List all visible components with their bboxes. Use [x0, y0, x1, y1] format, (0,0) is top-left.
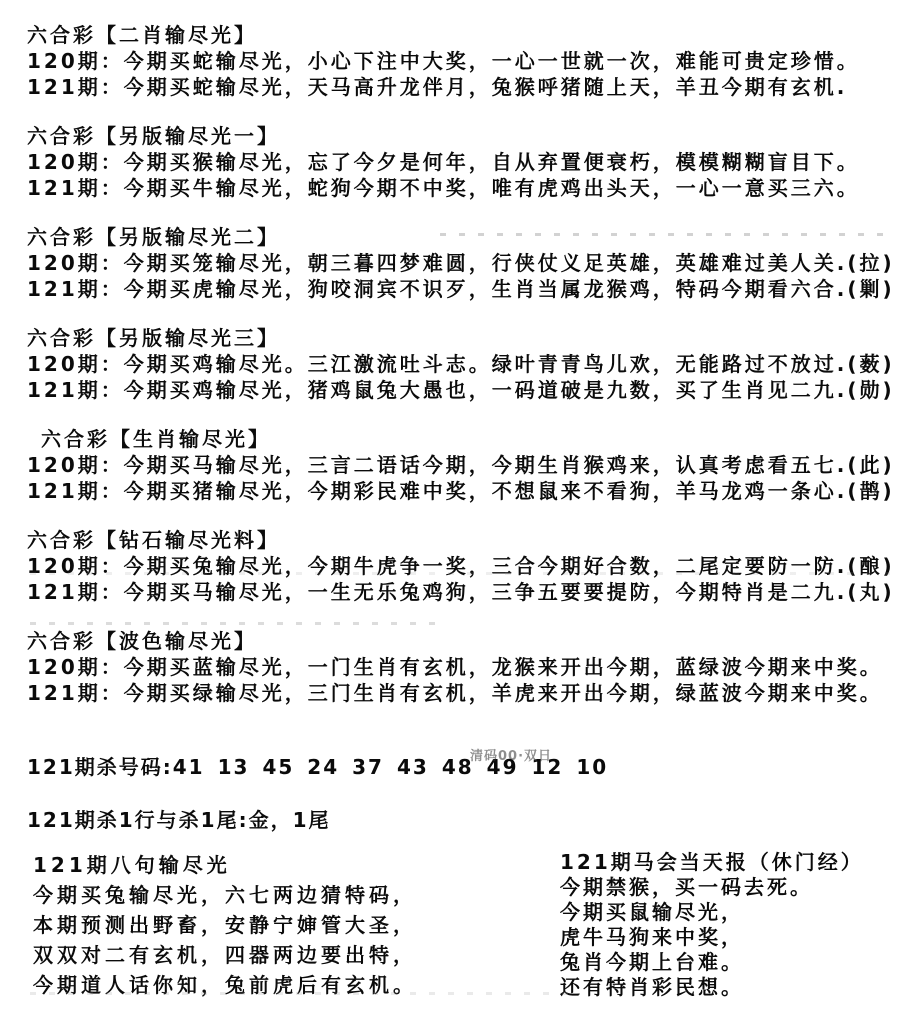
section-two-zodiac: 六合彩【二肖输尽光】 120期：今期买蛇输尽光，小心下注中大奖，一心一世就一次，… [27, 22, 894, 100]
daily-report-line: 虎牛马狗来中奖， [560, 925, 864, 950]
daily-report-line: 还有特肖彩民想。 [560, 975, 864, 1000]
eight-verse-title: 121期八句输尽光 [33, 850, 520, 880]
daily-report-title: 121期马会当天报（休门经） [560, 850, 864, 875]
kill-numbers-label: 121期杀号码: [27, 755, 173, 779]
scan-artifact [440, 233, 885, 236]
issue-120-line: 120期：今期买猴输尽光，忘了今夕是何年，自从弃置便衰朽，模模糊糊盲目下。 [27, 149, 894, 175]
issue-120-line: 120期：今期买笼输尽光，朝三暮四梦难圆，行侠仗义足英雄，英雄难过美人关.(拉) [27, 250, 894, 276]
scan-artifact [30, 992, 570, 995]
eight-verse-line: 本期预测出野畜，安静宁婶管大圣， [33, 910, 520, 940]
kill-number: 43 [397, 754, 429, 780]
kill-numbers-line: 121期杀号码:41134524374348491210 清码00·双日 [27, 754, 894, 780]
eight-verse-line: 今期买兔输尽光，六七两边猜特码， [33, 880, 520, 910]
issue-120-line: 120期：今期买马输尽光，三言二语话今期，今期生肖猴鸡来，认真考虑看五七.(此) [27, 452, 894, 478]
issue-121-line: 121期：今期买牛输尽光，蛇狗今期不中奖，唯有虎鸡出头天，一心一意买三六。 [27, 175, 894, 201]
daily-report-block: 121期马会当天报（休门经） 今期禁猴，买一码去死。 今期买鼠输尽光， 虎牛马狗… [560, 850, 864, 1000]
kill-number: 41 [173, 754, 205, 780]
issue-120-line: 120期：今期买蓝输尽光，一门生肖有玄机，龙猴来开出今期，蓝绿波今期来中奖。 [27, 654, 894, 680]
kill-number: 48 [442, 754, 474, 780]
section-wave-color: 六合彩【波色输尽光】 120期：今期买蓝输尽光，一门生肖有玄机，龙猴来开出今期，… [27, 628, 894, 706]
section-title: 六合彩【二肖输尽光】 [27, 22, 894, 48]
issue-121-line: 121期：今期买虎输尽光，狗咬洞宾不识歹，生肖当属龙猴鸡，特码今期看六合.(剿) [27, 276, 894, 302]
daily-report-line: 今期买鼠输尽光， [560, 900, 864, 925]
section-title: 六合彩【另版输尽光三】 [27, 325, 894, 351]
kill-number: 10 [576, 754, 608, 780]
section-alt-version-1: 六合彩【另版输尽光一】 120期：今期买猴输尽光，忘了今夕是何年，自从弃置便衰朽… [27, 123, 894, 201]
section-title: 六合彩【生肖输尽光】 [27, 426, 894, 452]
eight-verse-line: 双双对二有玄机，四器两边要出特， [33, 940, 520, 970]
section-title: 六合彩【钻石输尽光料】 [27, 527, 894, 553]
kill-row-tail-line: 121期杀1行与杀1尾:金，1尾 [27, 807, 894, 833]
eight-verse-block: 121期八句输尽光 今期买兔输尽光，六七两边猜特码， 本期预测出野畜，安静宁婶管… [33, 850, 520, 1000]
daily-report-line: 今期禁猴，买一码去死。 [560, 875, 864, 900]
scan-artifact [30, 572, 890, 575]
lottery-tips-page: 六合彩【二肖输尽光】 120期：今期买蛇输尽光，小心下注中大奖，一心一世就一次，… [0, 0, 908, 1024]
bottom-columns: 121期八句输尽光 今期买兔输尽光，六七两边猜特码， 本期预测出野畜，安静宁婶管… [27, 850, 894, 1000]
issue-121-line: 121期：今期买鸡输尽光，猪鸡鼠兔大愚也，一码道破是九数，买了生肖见二九.(勋) [27, 377, 894, 403]
section-title: 六合彩【波色输尽光】 [27, 628, 894, 654]
issue-120-line: 120期：今期买蛇输尽光，小心下注中大奖，一心一世就一次，难能可贵定珍惜。 [27, 48, 894, 74]
daily-report-line: 兔肖今期上台难。 [560, 950, 864, 975]
issue-121-line: 121期：今期买马输尽光，一生无乐兔鸡狗，三争五要要提防，今期特肖是二九.(丸) [27, 579, 894, 605]
section-title: 六合彩【另版输尽光二】 [27, 224, 894, 250]
kill-number: 45 [262, 754, 294, 780]
issue-120-line: 120期：今期买兔输尽光，今期牛虎争一奖，三合今期好合数，二尾定要防一防.(酿) [27, 553, 894, 579]
faint-overprint-artifact: 清码00·双日 [470, 744, 552, 770]
eight-verse-line: 今期道人话你知，兔前虎后有玄机。 [33, 970, 520, 1000]
issue-120-line: 120期：今期买鸡输尽光。三江激流吐斗志。绿叶青青鸟儿欢，无能路过不放过.(薮) [27, 351, 894, 377]
section-zodiac: 六合彩【生肖输尽光】 120期：今期买马输尽光，三言二语话今期，今期生肖猴鸡来，… [27, 426, 894, 504]
issue-121-line: 121期：今期买绿输尽光，三门生肖有玄机，羊虎来开出今期，绿蓝波今期来中奖。 [27, 680, 894, 706]
section-alt-version-3: 六合彩【另版输尽光三】 120期：今期买鸡输尽光。三江激流吐斗志。绿叶青青鸟儿欢… [27, 325, 894, 403]
scan-artifact [30, 622, 440, 625]
section-diamond: 六合彩【钻石输尽光料】 120期：今期买兔输尽光，今期牛虎争一奖，三合今期好合数… [27, 527, 894, 605]
kill-number: 13 [218, 754, 250, 780]
issue-121-line: 121期：今期买蛇输尽光，天马高升龙伴月，兔猴呼猪随上天，羊丑今期有玄机. [27, 74, 894, 100]
kill-number: 37 [352, 754, 384, 780]
section-title: 六合彩【另版输尽光一】 [27, 123, 894, 149]
issue-121-line: 121期：今期买猪输尽光，今期彩民难中奖，不想鼠来不看狗，羊马龙鸡一条心.(鹊) [27, 478, 894, 504]
kill-number: 24 [307, 754, 339, 780]
